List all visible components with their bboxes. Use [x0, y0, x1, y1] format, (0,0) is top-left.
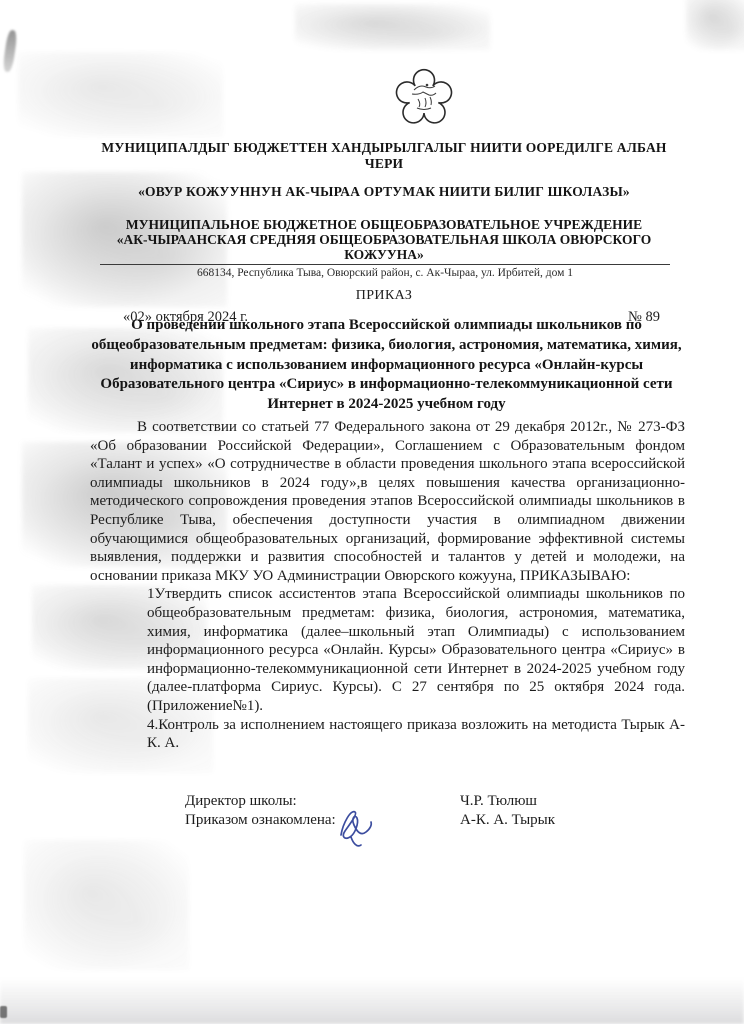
preamble-paragraph: В соответствии со статьей 77 Федеральног…: [90, 418, 685, 585]
scan-smudge: [18, 52, 223, 137]
scan-smudge: [295, 4, 490, 50]
scan-smudge: [686, 0, 744, 50]
school-emblem-logo: [394, 68, 454, 128]
scanned-order-document: МУНИЦИПАЛДЫГ БЮДЖЕТТЕН ХАНДЫРЫЛГАЛЫГ НИИ…: [0, 0, 744, 1024]
director-name: Ч.Р. Тюлюш: [460, 792, 660, 811]
order-title: О проведении школьного этапа Всероссийск…: [88, 316, 685, 415]
acknowledged-label: Приказом ознакомлена:: [185, 811, 460, 830]
scan-bottom-band: [0, 978, 744, 1024]
document-header: МУНИЦИПАЛДЫГ БЮДЖЕТТЕН ХАНДЫРЫЛГАЛЫГ НИИ…: [84, 140, 684, 326]
signature-row-acknowledged: Приказом ознакомлена: А-К. А. Тырык: [88, 811, 685, 830]
acknowledged-name: А-К. А. Тырык: [460, 811, 660, 830]
director-label: Директор школы:: [185, 792, 460, 811]
order-item-4: 4.Контроль за исполнением настоящего при…: [147, 716, 685, 753]
document-type-label: ПРИКАЗ: [84, 288, 684, 304]
scan-smudge: [24, 840, 189, 970]
org-name-ru-line1: МУНИЦИПАЛЬНОЕ БЮДЖЕТНОЕ ОБЩЕОБРАЗОВАТЕЛЬ…: [84, 217, 684, 232]
order-item-1: 1Утвердить список ассистентов этапа Всер…: [147, 585, 685, 715]
signature-block: Директор школы: Ч.Р. Тюлюш Приказом озна…: [88, 792, 685, 829]
org-address: 668134, Республика Тыва, Овюрский район,…: [100, 264, 670, 280]
handwritten-signature-ink: [331, 805, 383, 851]
org-name-ru-line2: «АК-ЧЫРААНСКАЯ СРЕДНЯЯ ОБЩЕОБРАЗОВАТЕЛЬН…: [84, 232, 684, 262]
scan-edge-mark: [2, 30, 18, 73]
order-items: 1Утвердить список ассистентов этапа Всер…: [147, 585, 685, 752]
scan-corner-dot: [0, 1006, 7, 1018]
org-name-tuvan-line2: «ОВУР КОЖУУННУН АК-ЧЫРАА ОРТУМАК НИИТИ Б…: [84, 184, 684, 200]
org-name-tuvan-line1: МУНИЦИПАЛДЫГ БЮДЖЕТТЕН ХАНДЫРЫЛГАЛЫГ НИИ…: [84, 140, 684, 172]
order-body: В соответствии со статьей 77 Федеральног…: [90, 418, 685, 753]
signature-row-director: Директор школы: Ч.Р. Тюлюш: [88, 792, 685, 811]
